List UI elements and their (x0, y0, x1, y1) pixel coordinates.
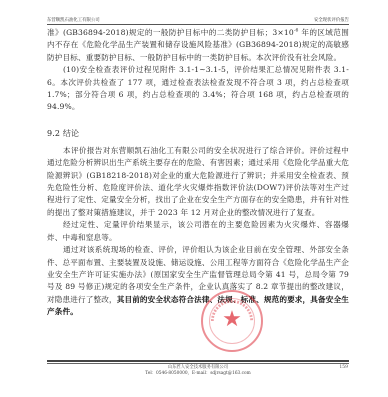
body-text: 准》(GB36894-2018)规定的一般防护目标中的二类防护目标；3×10-6… (47, 27, 349, 319)
document-page: 东营顺凯石油化工有限公司 安全现状评价报告 准》(GB36894-2018)规定… (0, 0, 388, 397)
footer-contact: Tel：0546-8050000，E-mail：sdjrsagt@163.com (47, 371, 349, 377)
seal-ring-icon (203, 292, 261, 350)
footer-divider-thin (47, 363, 349, 364)
page-header: 东营顺凯石油化工有限公司 安全现状评价报告 (47, 15, 349, 25)
paragraph-checklist: (10)安全检查表评价过程见附件 3.1-1~3.1-5，评价结果汇总情况见附件… (47, 64, 349, 114)
paragraph-conclusion-2: 经过定性、定量评价结果显示，该公司潜在的主要危险因素为火灾爆炸、容器爆炸、中毒和… (47, 219, 349, 244)
header-report-title: 安全现状评价报告 (314, 17, 349, 23)
footer-divider (47, 360, 349, 362)
paragraph-risk-targets: 准》(GB36894-2018)规定的一般防护目标中的二类防护目标；3×10-6… (47, 27, 349, 64)
page-footer: 山东匠人安全技术服务有限公司 Tel：0546-8050000，E-mail：s… (47, 365, 349, 377)
section-heading: 9.2 结论 (47, 128, 349, 140)
header-company: 东营顺凯石油化工有限公司 (47, 17, 100, 23)
star-icon: ★ (222, 309, 242, 331)
official-seal-stamp: ★ (201, 290, 263, 352)
page-number: 159 (339, 365, 348, 370)
paragraph-conclusion-final: 通过对该系统现场的检查、评价，评价组认为该企业目前在安全管理、外部安全条件、总平… (47, 244, 349, 318)
paragraph-conclusion-1: 本评价报告对东营顺凯石油化工有限公司的安全状况进行了综合评价。评价过程中通过危险… (47, 145, 349, 219)
text-span: 准》(GB36894-2018)规定的一般防护目标中的二类防护目标；3×10 (47, 28, 294, 37)
